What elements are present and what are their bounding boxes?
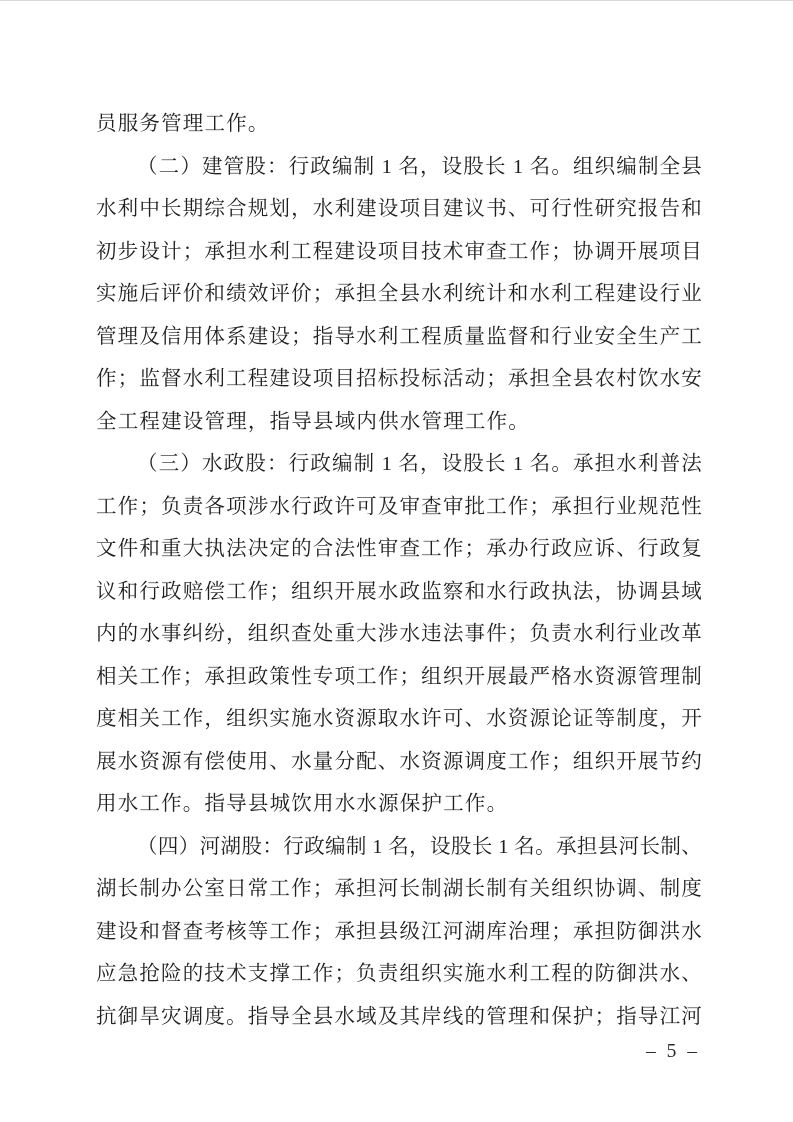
text-line: 建设和督查考核等工作；承担县级江河湖库治理；承担防御洪水 xyxy=(96,911,702,954)
text-line: 工作；负责各项涉水行政许可及审查审批工作；承担行业规范性 xyxy=(96,486,702,529)
text-line: 初步设计；承担水利工程建设项目技术审查工作；协调开展项目 xyxy=(96,231,702,274)
document-body: 员服务管理工作。 （二）建管股：行政编制 1 名，设股长 1 名。组织编制全县 … xyxy=(96,103,702,1038)
text-line: 文件和重大执法决定的合法性审查工作；承办行政应诉、行政复 xyxy=(96,528,702,571)
text-line: 应急抢险的技术支撑工作；负责组织实施水利工程的防御洪水、 xyxy=(96,953,702,996)
text-line: 员服务管理工作。 xyxy=(96,103,702,146)
text-line: 管理及信用体系建设；指导水利工程质量监督和行业安全生产工 xyxy=(96,316,702,359)
scan-edge-line xyxy=(0,0,793,1)
text-line: 度相关工作，组织实施水资源取水许可、水资源论证等制度，开 xyxy=(96,698,702,741)
text-line: 议和行政赔偿工作；组织开展水政监察和水行政执法，协调县域 xyxy=(96,571,702,614)
text-line: （三）水政股：行政编制 1 名，设股长 1 名。承担水利普法 xyxy=(96,443,702,486)
text-line: 作；监督水利工程建设项目招标投标活动；承担全县农村饮水安 xyxy=(96,358,702,401)
text-line: 展水资源有偿使用、水量分配、水资源调度工作；组织开展节约 xyxy=(96,741,702,784)
text-line: 湖长制办公室日常工作；承担河长制湖长制有关组织协调、制度 xyxy=(96,868,702,911)
text-line: 相关工作；承担政策性专项工作；组织开展最严格水资源管理制 xyxy=(96,656,702,699)
document-page: 员服务管理工作。 （二）建管股：行政编制 1 名，设股长 1 名。组织编制全县 … xyxy=(0,0,793,1122)
text-line: （二）建管股：行政编制 1 名，设股长 1 名。组织编制全县 xyxy=(96,146,702,189)
text-line: 全工程建设管理，指导县域内供水管理工作。 xyxy=(96,401,702,444)
text-line: （四）河湖股：行政编制 1 名，设股长 1 名。承担县河长制、 xyxy=(96,826,702,869)
text-line: 用水工作。指导县城饮用水水源保护工作。 xyxy=(96,783,702,826)
page-number: – 5 – xyxy=(646,1040,700,1064)
text-line: 水利中长期综合规划，水利建设项目建议书、可行性研究报告和 xyxy=(96,188,702,231)
text-line: 内的水事纠纷，组织查处重大涉水违法事件；负责水利行业改革 xyxy=(96,613,702,656)
text-line: 实施后评价和绩效评价；承担全县水利统计和水利工程建设行业 xyxy=(96,273,702,316)
text-line: 抗御旱灾调度。指导全县水域及其岸线的管理和保护；指导江河 xyxy=(96,996,702,1039)
